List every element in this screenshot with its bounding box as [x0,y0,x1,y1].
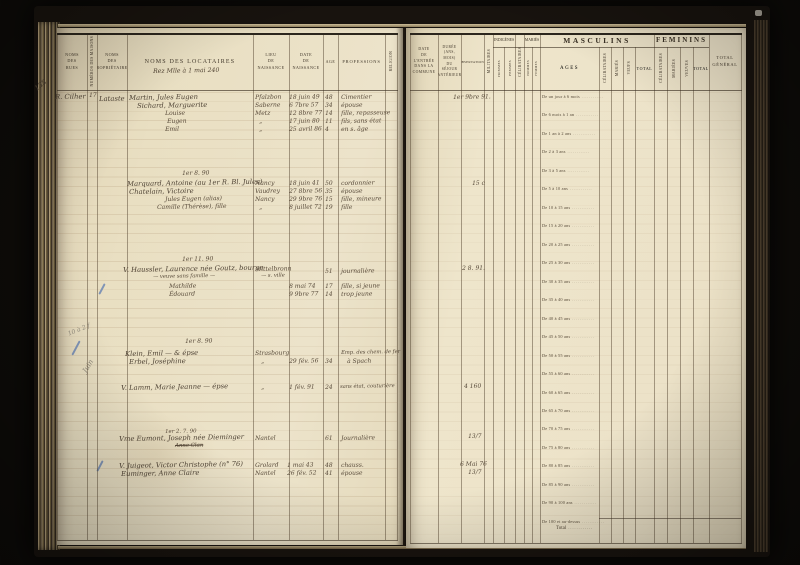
entry-observation: 13/7 [468,469,482,476]
grid-line [57,33,398,35]
entry-birthplace: Vaudrey [255,188,280,195]
entry-age: 35 [325,188,333,195]
entry-profession: Journalière [341,434,375,442]
grid-line [97,33,98,540]
col-header-indigenes-femmes: FEMMES [504,48,515,88]
grid-line [438,33,439,543]
entry-birthdate: 1 mai 43 [287,462,314,469]
street-name: R. Cilher [55,92,86,101]
entry-profession: fille, si jeune [341,282,380,290]
entry-name: Mathilde [169,283,196,290]
col-header-maries-hommes: HOMMES [524,48,532,88]
col-header-celibataires: CÉLIBATAIRES [515,33,524,90]
age-row: De 2 à 3 ans [542,149,597,154]
entry-profession: trop jeune [341,290,372,298]
entry-birthdate: 17 juin 80 [289,117,320,125]
entry-name: Camille (Thérèse), fille [157,203,227,211]
grid-line [410,543,742,544]
entry-birthplace: „ [261,358,264,365]
grid-line [493,33,494,543]
grid-line [611,47,612,543]
entry-birthdate: 27 8bre 56 [289,187,322,195]
age-row: De 50 à 55 ans [542,353,597,358]
age-row: De 70 à 75 ans [542,426,597,431]
grid-line [410,90,742,91]
age-row: De 10 à 15 ans [542,205,597,210]
col-header-duree-sejour: DURÉE (ANS, MOIS) DU SÉJOUR ANTÉRIEUR [438,33,461,90]
col-header-total-general: TOTAL GÉNÉRAL [709,33,741,90]
col-header-militaires: MILITAIRES [484,33,493,90]
book-edge-top [58,24,746,27]
grid-line [680,47,681,543]
grid-line [127,33,128,540]
entry-name: Édouard [169,291,195,298]
entry-birthdate: 25 avril 86 [289,125,322,133]
owner-name: Lataste [99,95,125,103]
age-row: De 75 à 80 ans [542,445,597,450]
col-header-masc-veufs: VEUFS [623,48,635,88]
entry-birthdate: 6 7bre 57 [289,101,318,109]
grid-line [57,90,398,91]
entry-age: 51 [325,268,333,275]
entry-birthdate: 9 9bre 77 [289,290,318,298]
entry-age: 61 [325,435,333,442]
entry-birthdate: 8 juillet 72 [289,203,322,211]
col-header-masc-total: TOTAL [635,48,654,88]
grid-line [741,33,742,543]
entry-birthdate: 1 fév. 91 [289,384,315,391]
entry-profession: épouse [341,188,363,195]
grid-line [253,33,254,540]
entry-age: 48 [325,462,333,469]
group-header-masculins: MASCULINS [540,33,654,47]
age-row: De 100 et au-dessus [542,519,597,524]
grid-line [461,33,462,543]
col-header-noms-rues: NOMS DES RUES [57,33,87,90]
age-row: De 85 à 90 ans [542,482,597,487]
entry-profession: cordonnier [341,179,374,187]
entry-profession: à Spach [347,358,371,365]
col-header-numeros-maisons: NUMÉROS DES MAISONS [87,33,97,90]
grid-line [540,33,541,543]
grid-line [599,47,600,543]
age-row: De 20 à 25 ans [542,242,597,247]
entry-age: 17 [325,283,333,290]
group-header-feminins: FEMININS [654,33,709,47]
locataires-handwritten-note: Rez Mlle à 1 mai 240 [153,67,219,75]
col-header-masc-maries: MARIÉS [611,48,623,88]
entry-name: Sichard, Marguerite [137,101,207,110]
col-header-indigenes-hommes: HOMMES [493,48,504,88]
entry-profession: fille [341,204,353,211]
entry-profession: fils, sans état [341,117,381,125]
entry-birthdate: 18 juin 41 [289,179,320,187]
entry-birthplace: Nantel [255,470,276,477]
entry-profession: journalière [341,267,375,275]
age-row: De 65 à 70 ans [542,408,597,413]
col-header-ages: AGES [540,48,599,88]
col-header-fem-celibataires: CÉLIBATAIRES [654,48,667,88]
entry-birthdate: 29 9bre 76 [289,195,322,203]
age-row: De 30 à 35 ans [542,279,597,284]
entry-profession: fille, mineure [341,195,382,203]
entry-profession: fille, repasseuse [341,109,390,117]
entry-profession: chauss. [341,462,364,469]
age-row: De 3 à 5 ans [542,168,597,173]
block-date-header: 1er 8. 90 [182,170,210,177]
entry-birthplace: Saberne [255,102,280,109]
entry-birthplace: Strasbourg [255,349,289,357]
grid-line [693,47,694,543]
entry-birthdate: 8 mai 74 [289,283,316,290]
entry-birthdate: 29 fév. 56 [289,357,319,365]
col-header-date-naissance: DATE DE NAISSANCE [289,33,323,90]
col-header-fem-mariees: MARIÉES [667,48,680,88]
age-row: De 6 mois à 1 an [542,112,597,117]
entry-age: 14 [325,110,333,117]
age-row: De 35 à 40 ans [542,297,597,302]
age-row: De 15 à 20 ans [542,223,597,228]
grid-line [635,47,636,543]
entry-birthplace: Pfalzbon [255,94,281,101]
left-page: NOMS DES RUES NUMÉROS DES MAISONS NOMS D… [57,28,403,545]
age-row: De 25 à 30 ans [542,260,597,265]
entry-age: 24 [325,384,333,391]
grid-line [289,33,290,540]
entry-name: Eugen [167,118,187,125]
photo-background: 138 NOMS DES RUES NUMÉROS DES MAISONS NO… [0,0,800,565]
grid-line [410,33,742,35]
age-row: De 1 an à 2 ans [542,131,597,136]
entry-birthplace: Nancy [255,180,275,187]
entry-birthdate: 26 fév. 52 [287,469,317,477]
entry-age: 19 [325,204,333,211]
entry-profession: épouse [341,470,363,477]
entry-observation: 2 8. 91. [462,265,485,272]
col-header-professions: PROFESSIONS [338,33,385,90]
grid-line [709,33,710,543]
grid-line [654,33,655,543]
grid-line [87,33,88,540]
entry-name-struck: Anne Clan [175,443,203,449]
entry-name: Jules Eugen (alias) [165,195,222,203]
entry-birthplace-subline: — s. ville [261,273,285,279]
grid-line [57,33,58,540]
entry-name: Chatelain, Victoire [129,187,194,196]
entry-name-subline: — veuve sans famille — [153,273,215,280]
entry-birthplace: „ [259,126,262,133]
entry-birthdate: 12 8bre 77 [289,109,322,117]
entry-birthplace: Metz [255,110,270,117]
entry-name: Erbel, Joséphine [129,357,186,366]
entry-birthplace: „ [261,384,264,391]
grid-line [410,33,411,543]
block-date-header: 1er 8. 90 [185,338,213,345]
grid-line [504,47,505,543]
entry-birthplace: „ [259,204,262,211]
col-header-masc-celibataires: CÉLIBATAIRES [599,48,611,88]
entry-profession: Cimentier [341,93,371,101]
age-row: De 40 à 45 ans [542,316,597,321]
entry-name: Euminger, Anne Claire [121,469,199,478]
age-row: De 80 à 85 ans [542,463,597,468]
entry-profession: en s. âge [341,126,368,133]
entry-date-commune: 1er 9bre 91. [453,93,491,101]
grid-line [599,518,741,519]
cover-speck [755,10,762,16]
entry-observation: 4 160 [464,383,481,390]
entry-age: 15 [325,196,333,203]
entry-profession: épouse [341,102,363,109]
col-header-lieu-naissance: LIEU DE NAISSANCE [253,33,289,90]
entry-birthplace: Nancy [255,196,275,203]
col-header-proprietaires: NOMS DES PROPRIÉTAIRES [97,33,127,90]
age-row: De un jour à 6 mois [542,94,597,99]
group-header-maries: MARIÉS [524,33,540,47]
col-header-locataires: NOMS DES LOCATAIRES [127,33,253,90]
col-header-maries-femmes: FEMMES [532,48,540,88]
book-edge-right [754,20,768,552]
entry-age: 34 [325,102,333,109]
age-row: De 45 à 50 ans [542,334,597,339]
entry-age: 41 [325,470,333,477]
grid-line [338,33,339,540]
entry-observation: 6 Mai 76 [460,461,487,468]
ages-column: De un jour à 6 moisDe 6 mois à 1 anDe 1 … [542,94,597,524]
grid-line [385,33,386,540]
age-row: De 60 à 65 ans [542,390,597,395]
entry-birthplace: „ [259,118,262,125]
right-page: DATE DE L'ENTRÉE DANS LA COMMUNE DURÉE (… [406,28,746,548]
grid-line [532,47,533,543]
grid-line [323,33,324,540]
entry-age: 48 [325,94,333,101]
grid-line [493,47,709,48]
entry-observation: 13/7 [468,433,482,440]
age-row: De 5 à 10 ans [542,186,597,191]
grid-line [524,33,525,543]
col-header-date-entree: DATE DE L'ENTRÉE DANS LA COMMUNE [410,33,438,90]
entry-birthdate: 18 juin 49 [289,93,320,101]
entry-age: 11 [325,118,333,125]
entry-profession: Emp. des chem. de fer [341,349,400,356]
entry-name: Louise [165,110,185,117]
age-row: De 90 à 100 ans [542,500,597,505]
entry-name: Emil [165,126,179,133]
col-header-fem-veuves: VEUVES [680,48,693,88]
grid-line [57,540,398,541]
col-header-observations: OBSERVATIONS [461,33,484,90]
ages-total-label: Total [556,526,593,531]
col-header-age: AGE [323,33,338,90]
entry-age: 34 [325,358,333,365]
house-number: 17 [89,92,97,99]
entry-birthplace: Nantel [255,435,276,442]
grid-line [484,33,485,543]
grid-line [515,33,516,543]
entry-age: 4 [325,126,329,133]
group-header-indigenes: INDIGÈNES [493,33,515,47]
block-date-header: 1er 11. 90 [182,255,213,263]
age-row: De 55 à 60 ans [542,371,597,376]
entry-profession: sans état, couturière [340,383,395,390]
entry-age: 50 [325,180,333,187]
col-header-fem-total: TOTAL [693,48,709,88]
entry-birthplace: Grolard [255,462,279,469]
grid-line [667,47,668,543]
grid-line [623,47,624,543]
entry-age: 14 [325,291,333,298]
